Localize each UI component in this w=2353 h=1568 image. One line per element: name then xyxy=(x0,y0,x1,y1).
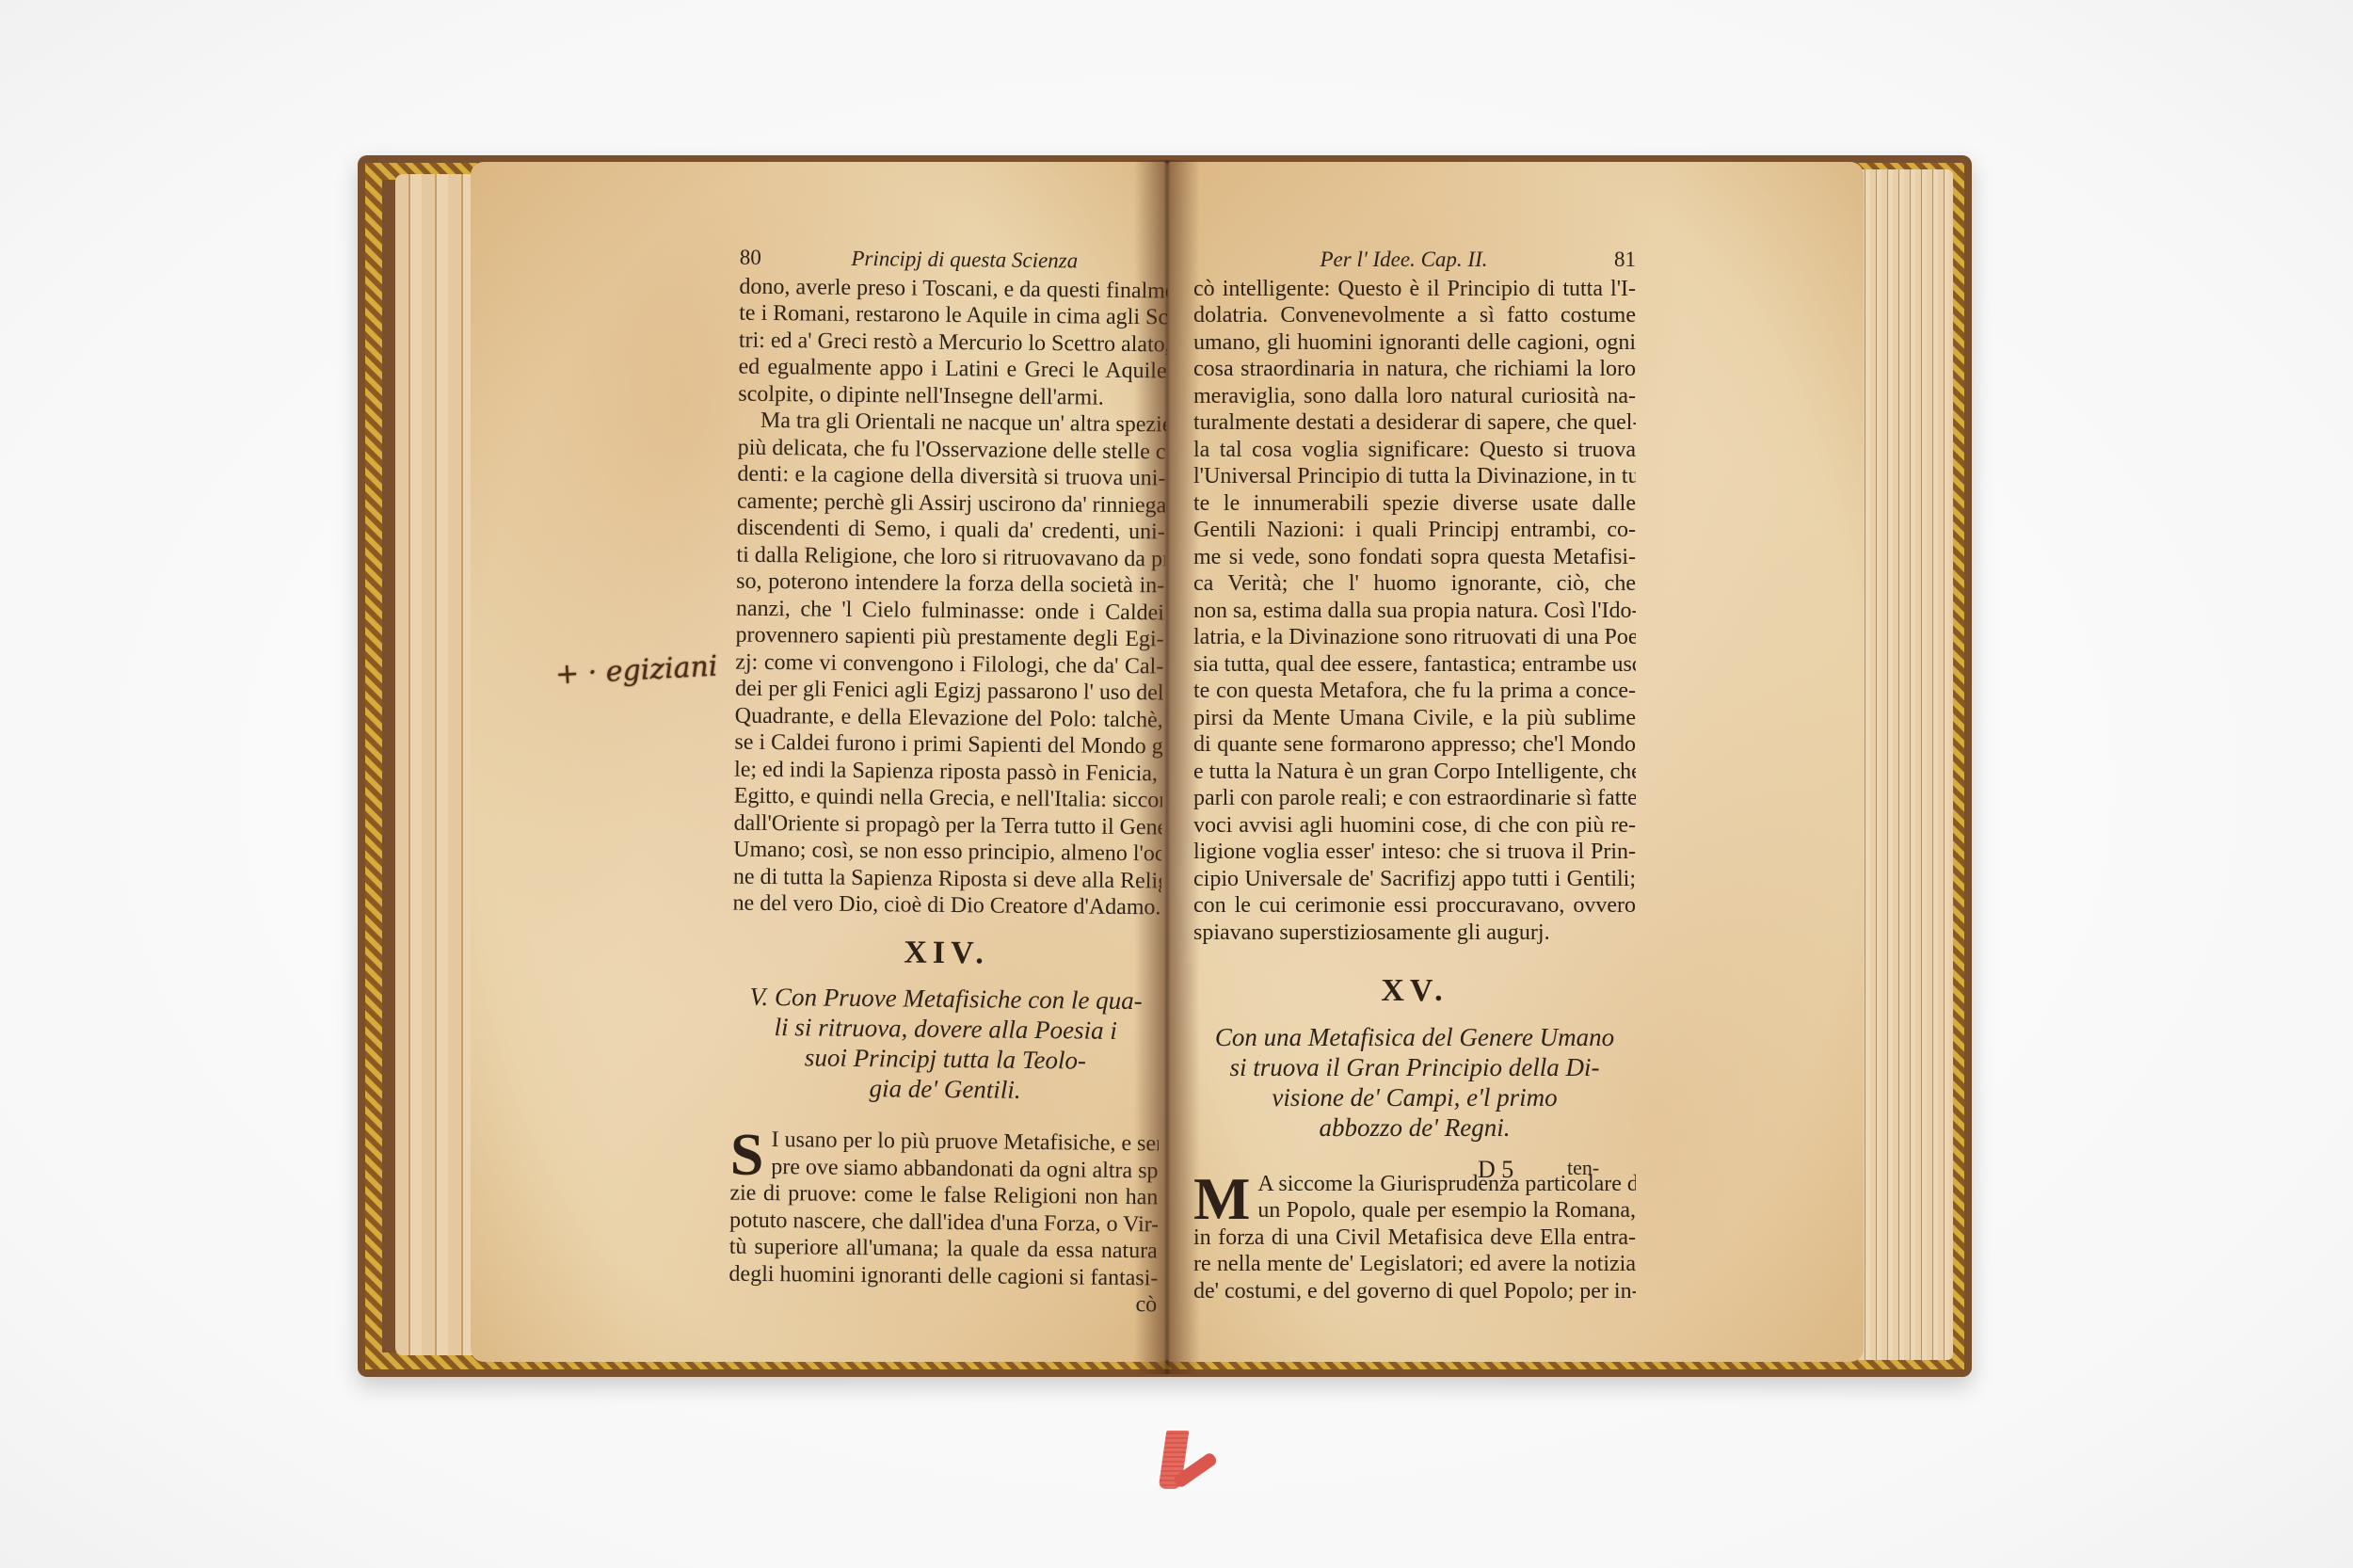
text-line: e tutta la Natura è un gran Corpo Intell… xyxy=(1193,759,1636,786)
left-body: dono, averle preso i Toscani, e da quest… xyxy=(732,273,1167,921)
text-line: Umano; così, se non esso principio, alme… xyxy=(733,837,1161,868)
text-line: dei per gli Fenici agli Egizj passarono … xyxy=(735,676,1163,707)
text-line: tù superiore all'umana; la quale da essa… xyxy=(729,1234,1158,1265)
section-title: Con una Metafisica del Genere Umano si t… xyxy=(1193,1022,1636,1143)
text-line: parli con parole reali; e con estraordin… xyxy=(1193,785,1636,812)
text-line: pre ove siamo abbandonati da ogni altra … xyxy=(771,1154,1159,1185)
text-line: cipio Universale de' Sacrifizj appo tutt… xyxy=(1193,866,1636,893)
section-title-line: si truova il Gran Principio della Di- xyxy=(1193,1052,1636,1082)
text-line: ed egualmente appo i Latini e Greci le A… xyxy=(738,354,1166,385)
text-line: dolatria. Convenevolmente a sì fatto cos… xyxy=(1193,302,1636,329)
catchword: ten- xyxy=(1567,1156,1599,1180)
text-line: cò intelligente: Questo è il Principio d… xyxy=(1193,276,1636,303)
text-line: meraviglia, sono dalla loro natural curi… xyxy=(1193,383,1636,410)
text-line: con le cui cerimonie essi proccuravano, … xyxy=(1193,892,1636,920)
left-page-text: 80 Principj di questa Scienza dono, aver… xyxy=(728,245,1168,1319)
section-title-line: abbozzo de' Regni. xyxy=(1193,1112,1636,1143)
section-number: XV. xyxy=(1193,978,1636,1005)
running-head-title: Per l' Idee. Cap. II. xyxy=(1320,247,1487,274)
text-line: re nella mente de' Legislatori; ed avere… xyxy=(1193,1251,1636,1278)
page-edges-right xyxy=(1859,169,1953,1360)
text-line: I usano per lo più pruove Metafisiche, e… xyxy=(771,1127,1159,1158)
text-line: latria, e la Divinazione sono ritruovati… xyxy=(1193,624,1636,651)
text-line: spiavano superstiziosamente gli augurj. xyxy=(1193,920,1636,947)
text-line: voci avvisi agli huomini cose, di che co… xyxy=(1193,812,1636,840)
text-line: ne del vero Dio, cioè di Dio Creatore d'… xyxy=(732,890,1160,921)
section-number: XIV. xyxy=(732,937,1160,968)
book-gutter xyxy=(1134,160,1200,1374)
text-line: provennero sapienti più prestamente degl… xyxy=(735,622,1163,653)
section-title-line: li si ritruova, dovere alla Poesia i xyxy=(731,1012,1160,1047)
right-body: cò intelligente: Questo è il Principio d… xyxy=(1193,276,1636,947)
text-line: sia tutta, qual dee essere, fantastica; … xyxy=(1193,651,1636,679)
text-line: umano, gli huomini ignoranti delle cagio… xyxy=(1193,329,1636,357)
text-line: un Popolo, quale per esempio la Romana, xyxy=(1257,1197,1636,1224)
text-line: de' costumi, e del governo di quel Popol… xyxy=(1193,1278,1636,1305)
section-title-line: V. Con Pruove Metafisiche con le qua- xyxy=(731,982,1160,1016)
drop-cap: M xyxy=(1193,1175,1250,1224)
text-line: me si vede, sono fondati sopra questa Me… xyxy=(1193,544,1636,571)
text-line: Ma tra gli Orientali ne nacque un' altra… xyxy=(738,408,1166,439)
text-line: zie di pruove: come le false Religioni n… xyxy=(729,1180,1158,1211)
paragraph: M A siccome la Giurisprudenza particolar… xyxy=(1193,1171,1636,1305)
text-line: te le innumerabili spezie diverse usate … xyxy=(1193,490,1636,518)
text-line: Gentili Nazioni: i quali Principj entram… xyxy=(1193,517,1636,544)
section-title-line: gia de' Gentili. xyxy=(730,1072,1159,1107)
drop-cap: S xyxy=(730,1130,764,1179)
text-line: di quante sene formarono appresso; che'l… xyxy=(1193,731,1636,759)
text-line: se i Caldei furono i primi Sapienti del … xyxy=(734,729,1162,760)
text-line: ca Verità; che l' huomo ignorante, ciò, … xyxy=(1193,570,1636,598)
right-running-head: Per l' Idee. Cap. II. 81 xyxy=(1193,247,1636,274)
left-running-head: 80 Principj di questa Scienza xyxy=(740,245,1168,276)
text-line: denti: e la cagione della diversità si t… xyxy=(737,461,1165,492)
text-line: l'Universal Principio di tutta la Divina… xyxy=(1193,463,1636,490)
text-line: turalmente destati a desiderar di sapere… xyxy=(1193,409,1636,437)
text-line: discendenti di Semo, i quali da' credent… xyxy=(737,515,1165,546)
section-title-line: Con una Metafisica del Genere Umano xyxy=(1193,1022,1636,1052)
text-line: ligione voglia esser' inteso: che si tru… xyxy=(1193,839,1636,866)
photo-scene: 80 Principj di questa Scienza dono, aver… xyxy=(0,0,2353,1568)
section-title: V. Con Pruove Metafisiche con le qua- li… xyxy=(730,982,1160,1107)
text-line: degli huomini ignoranti delle cagioni si… xyxy=(728,1260,1157,1291)
text-line: in forza di una Civil Metafisica deve El… xyxy=(1193,1224,1636,1252)
section-title-line: visione de' Campi, e'l primo xyxy=(1193,1082,1636,1112)
right-page-text: Per l' Idee. Cap. II. 81 cò intelligente… xyxy=(1193,247,1636,1304)
text-line: la tal cosa voglia significare: Questo s… xyxy=(1193,437,1636,464)
text-line: non sa, estima dalla sua propia natura. … xyxy=(1193,598,1636,625)
printer-signature: D 5 xyxy=(1478,1156,1513,1184)
text-line: Egitto, e quindi nella Grecia, e nell'It… xyxy=(734,783,1162,814)
paragraph: S I usano per lo più pruove Metafisiche,… xyxy=(728,1127,1159,1319)
text-line: cosa straordinaria in natura, che richia… xyxy=(1193,356,1636,383)
text-line: te i Romani, restarono le Aquile in cima… xyxy=(739,300,1167,331)
catchword: cò xyxy=(728,1288,1157,1319)
text-line: pirsi da Mente Umana Civile, e la più su… xyxy=(1193,705,1636,732)
section-title-line: suoi Principj tutta la Teolo- xyxy=(731,1042,1160,1077)
running-head-title: Principj di questa Scienza xyxy=(851,246,1078,275)
text-line: te con questa Metafora, che fu la prima … xyxy=(1193,678,1636,705)
text-line: so, poterono intendere la forza della so… xyxy=(736,568,1164,600)
page-number: 80 xyxy=(740,245,761,272)
page-number: 81 xyxy=(1614,247,1636,274)
